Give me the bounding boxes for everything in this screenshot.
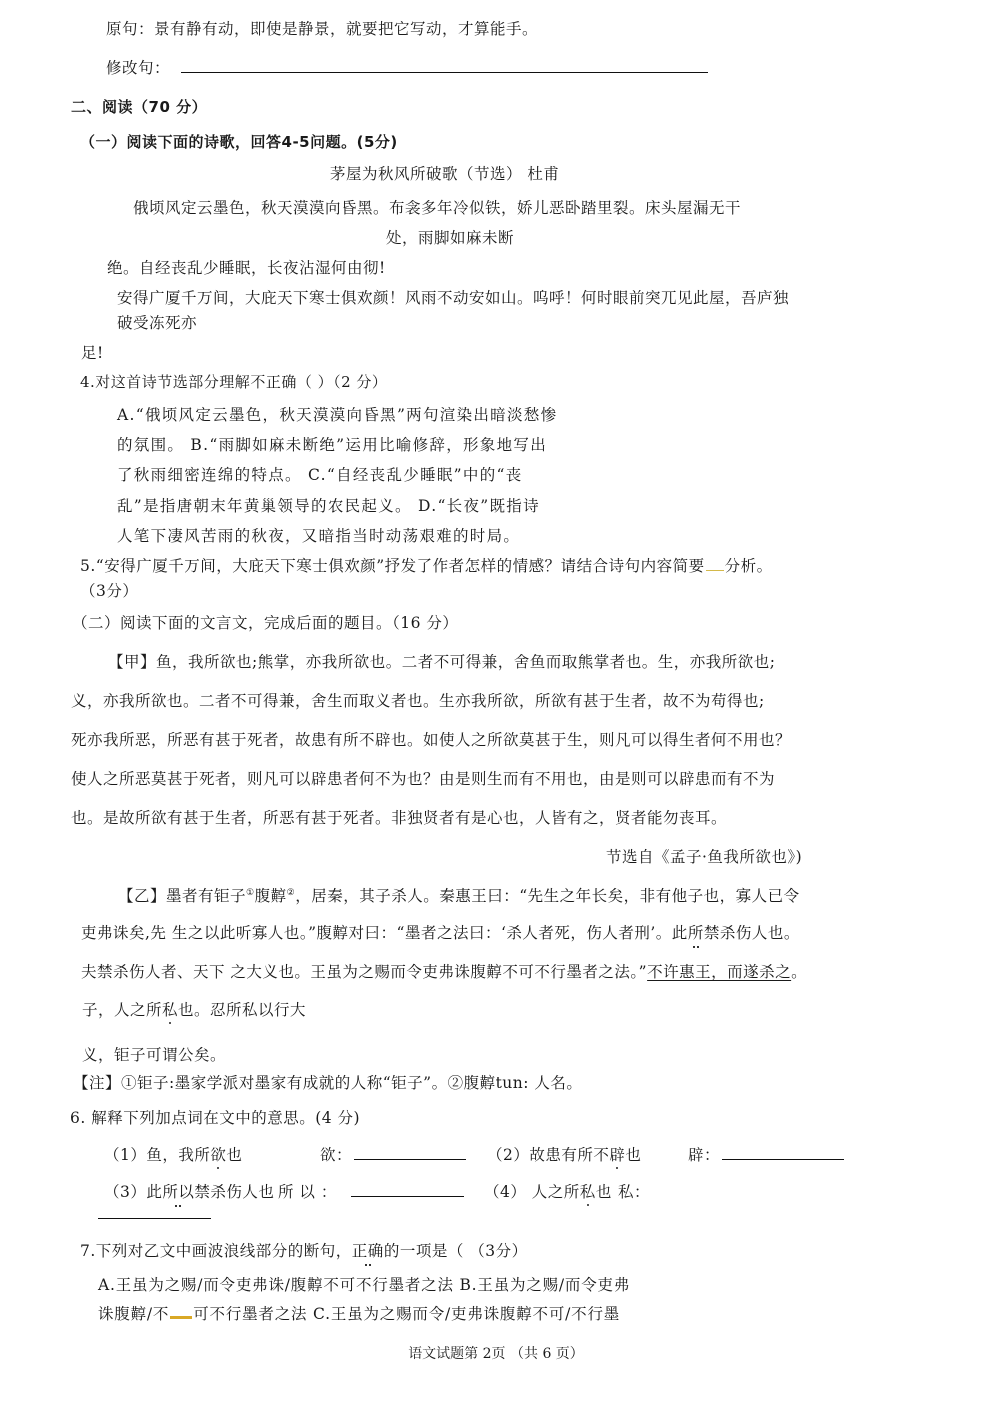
q6-item-text: 也 — [596, 1183, 612, 1201]
section-heading-reading: 二、阅读（70 分） — [71, 97, 207, 117]
dotted-word-zhengque: 正确 — [352, 1241, 384, 1261]
question-4-option-line: 乱”是指唐朝末年黄巢领导的农民起义。 D.“长夜”既指诗 — [117, 496, 540, 516]
q6-answer-label: 欲： — [320, 1146, 352, 1164]
poem-title: 茅屋为秋风所破歌（节选） 杜甫 — [330, 164, 559, 184]
question-5-text: 5.“安得广厦千万间，大庇天下寒士俱欢颜”抒发了作者怎样的情感？请结合诗句内容简… — [80, 557, 705, 575]
dotted-word-bi: 辟 — [609, 1145, 625, 1165]
question-4-option-line: 的氛围。 B.“雨脚如麻未断绝”运用比喻修辞，形象地写出 — [117, 435, 547, 455]
yi-text: 子，人之所 — [82, 1001, 162, 1019]
q6-item-text: 禁杀伤人也 — [194, 1183, 274, 1201]
yi-text: 。 — [791, 963, 807, 981]
jia-passage-line: 死亦我所恶，所恶有甚于死者，故患有所不辟也。如使人之所欲莫甚于生，则凡可以得生者… — [71, 730, 791, 750]
question-6-answer-2: 辟： — [688, 1145, 844, 1165]
question-7-option-line: 诛腹䵍/不可不行墨者之法 C.王虽为之赐而令/吏弗诛腹䵍不可/不行墨 — [98, 1304, 620, 1324]
q7-text: 7.下列对乙文中画波浪线部分的断句， — [80, 1242, 352, 1260]
part1-heading: （一）阅读下面的诗歌，回答4-5问题。(5分) — [80, 132, 398, 152]
yi-passage-line-4: 子，人之所私也。忍所私以行大 — [82, 1000, 306, 1020]
revised-label: 修改句： — [106, 59, 170, 77]
q6-answer-label: 辟： — [688, 1146, 720, 1164]
q6-item-text: （4） 人之所 — [484, 1183, 580, 1201]
jia-passage-line: 使人之所恶莫甚于死者，则凡可以辟患者何不为也？由是则生而有不用也，由是则可以辟患… — [71, 769, 775, 789]
q6-answer-blank-1[interactable] — [354, 1145, 466, 1160]
annotation-note: 【注】①钜子:墨家学派对墨家有成就的人称“钜子”。②腹䵍tun: 人名。 — [73, 1073, 582, 1093]
jia-passage-line: 也。是故所欲有甚于生者，所恶有甚于死者。非独贤者有是心也，人皆有之，贤者能勿丧耳… — [71, 808, 727, 828]
yi-text: 【乙】墨者有钜子 — [118, 887, 246, 905]
question-6-stem: 6. 解释下列加点词在文中的意思。(4 分) — [70, 1108, 360, 1128]
question-5-score: （3分） — [80, 581, 138, 601]
q6-item-text: （1）鱼，我所 — [104, 1146, 210, 1164]
q6-item-text: （2）故患有所不 — [487, 1146, 609, 1164]
q7-option-text: 可不行墨者之法 C.王虽为之赐而令/吏弗诛腹䵍不可/不行墨 — [193, 1305, 620, 1323]
question-6-answer-1: 欲： — [320, 1145, 466, 1165]
q7-text: 的一项是（ （3分） — [384, 1242, 528, 1260]
footnote-marker-1: ① — [246, 888, 255, 898]
question-5-answer-blank[interactable] — [706, 558, 724, 571]
q6-answer-blank-4[interactable] — [98, 1218, 211, 1219]
poem-line: 绝。自经丧乱少睡眠，长夜沾湿何由彻! — [107, 258, 386, 278]
footnote-marker-2: ② — [287, 888, 296, 898]
q7-option-text: 诛腹䵍/不 — [98, 1305, 169, 1323]
question-6-answer-3: 所 以 ： — [278, 1182, 464, 1202]
dotted-word-suoyi: 所以 — [162, 1182, 194, 1202]
q6-item-text: （3）此 — [104, 1183, 162, 1201]
underlined-sentence: 不许惠王，而遂杀之 — [647, 963, 791, 981]
yi-text: 腹䵍 — [255, 887, 287, 905]
dotted-word-si: 私 — [162, 1000, 178, 1020]
yi-passage-line-2: 吏弗诛矣,先 生之以此听寡人也。”腹䵍对曰：“墨者之法曰：‘杀人者死，伤人者刑’… — [81, 923, 800, 943]
page-footer: 语文试题第 2页 （共 6 页） — [0, 1343, 992, 1363]
part2-heading: （二）阅读下面的文言文，完成后面的题目。（16 分） — [72, 613, 458, 633]
poem-line: 安得广厦千万间，大庇天下寒士俱欢颜！风雨不动安如山。呜呼！何时眼前突兀见此屋，吾… — [117, 288, 789, 308]
yi-text: ，居秦，其子杀人。秦惠王曰：“先生之年长矣，非有他子也，寡人已令 — [295, 887, 799, 905]
yi-text: 夫禁杀伤人者、天下 之大义也。王虽为之赐而令吏弗诛腹䵍不可不行墨者之法。” — [81, 963, 647, 981]
poem-line: 足! — [81, 343, 104, 363]
poem-line: 破受冻死亦 — [117, 313, 197, 333]
revised-sentence-row: 修改句： — [106, 58, 708, 78]
question-6-item-2: （2）故患有所不辟也 — [487, 1145, 641, 1165]
question-6-item-1: （1）鱼，我所欲也 — [104, 1145, 242, 1165]
dotted-word-si: 私 — [580, 1182, 596, 1202]
jia-passage-line: 义，亦我所欲也。二者不可得兼，舍生而取义者也。生亦我所欲，所欲有甚于生者，故不为… — [71, 691, 765, 711]
yi-text: 吏弗诛矣,先 生之以此听寡人也。”腹䵍对曰：“墨者之法曰：‘杀人者死，伤人者刑’… — [81, 924, 688, 942]
original-sentence: 原句：景有静有动，即使是静景，就要把它写动，才算能手。 — [106, 19, 538, 39]
q6-answer-blank-2[interactable] — [722, 1145, 844, 1160]
question-4-option-line: 人笔下凄风苦雨的秋夜，又暗指当时动荡艰难的时局。 — [117, 526, 520, 546]
yi-passage-line-5: 义，钜子可谓公矣。 — [82, 1045, 226, 1065]
revised-sentence-blank[interactable] — [181, 58, 708, 73]
q6-item-text: 也 — [625, 1146, 641, 1164]
dotted-word-suoyi: 所 — [688, 923, 704, 943]
exam-page: 原句：景有静有动，即使是静景，就要把它写动，才算能手。 修改句： 二、阅读（70… — [0, 0, 992, 1403]
q6-answer-label: 私： — [618, 1183, 650, 1201]
q6-answer-label: 所 以 ： — [278, 1183, 337, 1201]
poem-line: 处，雨脚如麻未断 — [386, 228, 514, 248]
question-7-stem: 7.下列对乙文中画波浪线部分的断句，正确的一项是（ （3分） — [80, 1241, 528, 1261]
dotted-word-yu: 欲 — [210, 1145, 226, 1165]
question-5-text-end: 分析。 — [725, 557, 773, 575]
jia-passage-line: 【甲】鱼，我所欲也;熊掌，亦我所欲也。二者不可得兼，舍鱼而取熊掌者也。生，亦我所… — [108, 652, 775, 672]
yi-passage-line-1: 【乙】墨者有钜子①腹䵍②，居秦，其子杀人。秦惠王曰：“先生之年长矣，非有他子也，… — [118, 886, 800, 906]
question-6-item-4: （4） 人之所私也 — [484, 1182, 612, 1202]
yi-text: 禁杀伤人也。 — [704, 924, 800, 942]
question-4-option-line: 了秋雨细密连绵的特点。 C.“自经丧乱少睡眠”中的“丧 — [117, 465, 523, 485]
yi-passage-line-3: 夫禁杀伤人者、天下 之大义也。王虽为之赐而令吏弗诛腹䵍不可不行墨者之法。”不许惠… — [81, 962, 807, 982]
q7-highlight-mark — [170, 1304, 192, 1319]
yi-text: 也。忍所私以行大 — [178, 1001, 306, 1019]
q6-answer-blank-3[interactable] — [351, 1182, 464, 1197]
q6-item-text: 也 — [226, 1146, 242, 1164]
question-6-answer-4: 私： — [618, 1182, 650, 1202]
question-5-stem: 5.“安得广厦千万间，大庇天下寒士俱欢颜”抒发了作者怎样的情感？请结合诗句内容简… — [80, 556, 773, 576]
question-7-option-line: A.王虽为之赐/而令吏弗诛/腹䵍不可不行墨者之法 B.王虽为之赐/而令吏弗 — [98, 1275, 630, 1295]
jia-source: 节选自《孟子·鱼我所欲也》) — [606, 847, 802, 867]
poem-line: 俄顷风定云墨色，秋天漠漠向昏黑。布衾多年冷似铁，娇儿恶卧踏里裂。床头屋漏无干 — [133, 198, 741, 218]
question-4-stem: 4.对这首诗节选部分理解不正确（ ）（2 分） — [80, 372, 387, 392]
question-6-item-3: （3）此所以禁杀伤人也 — [104, 1182, 274, 1202]
question-4-option-line: A.“俄顷风定云墨色，秋天漠漠向昏黑”两句渲染出暗淡愁惨 — [117, 405, 557, 425]
